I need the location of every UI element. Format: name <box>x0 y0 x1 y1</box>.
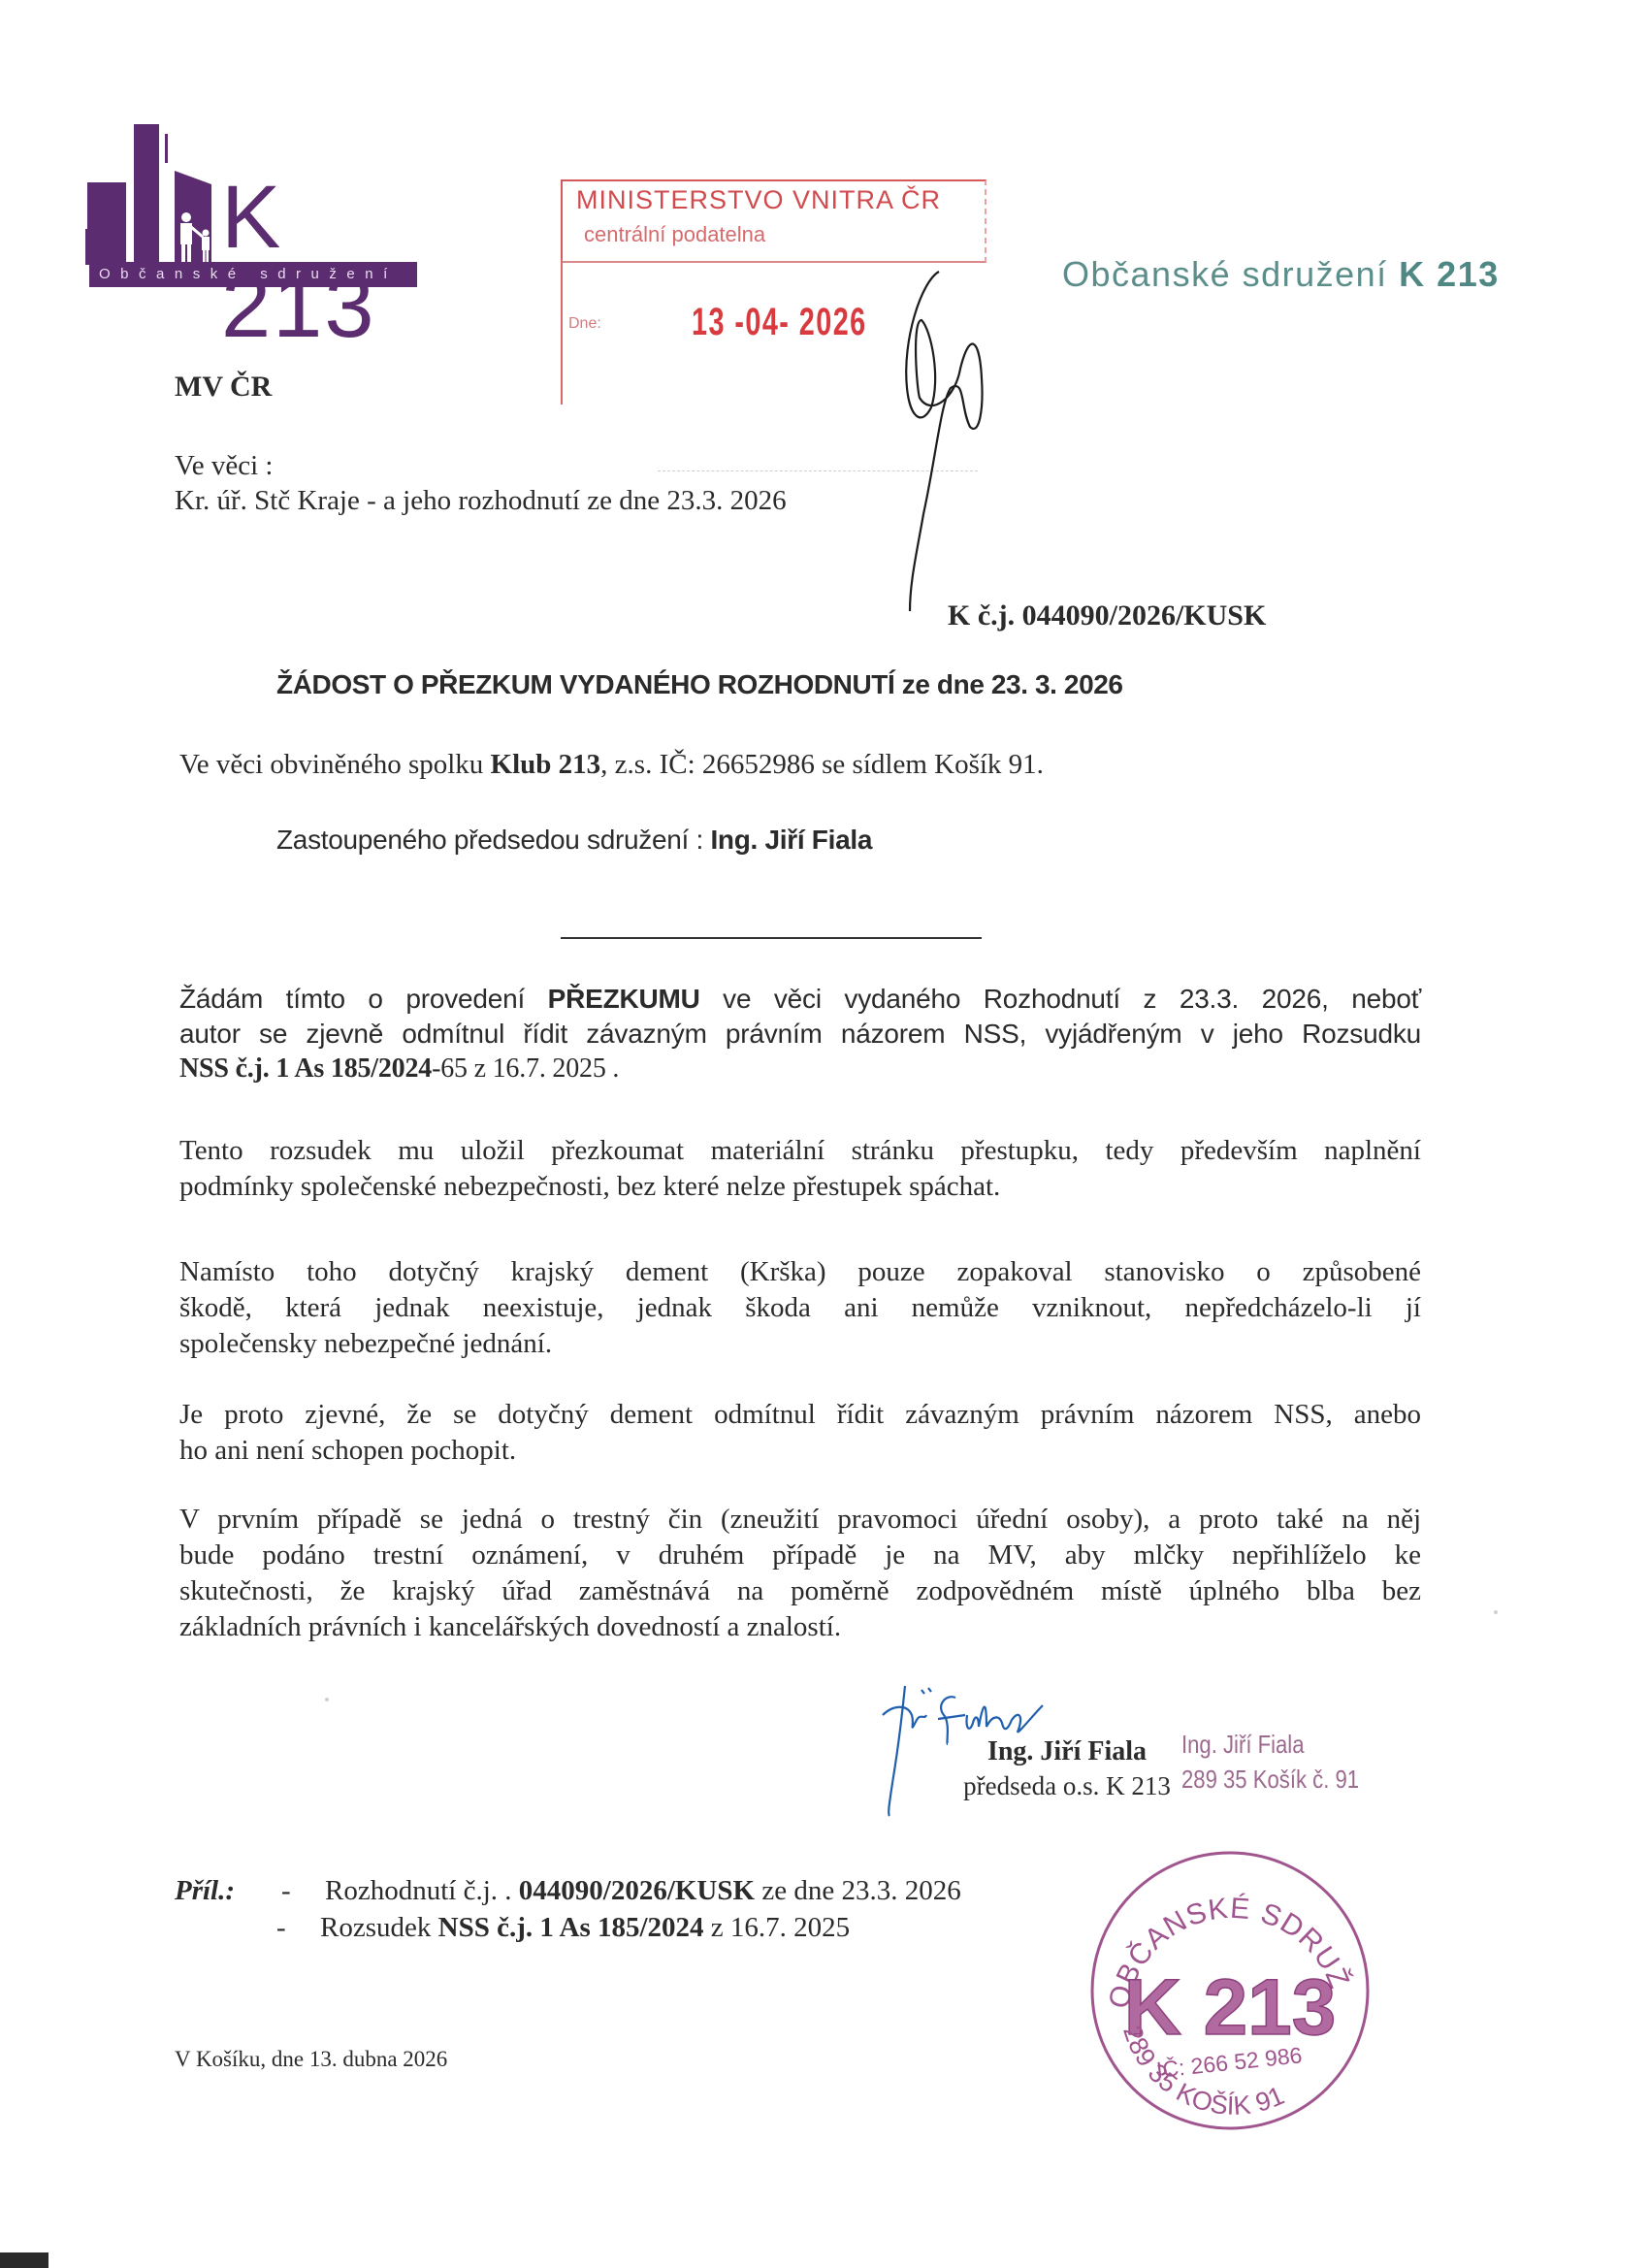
name-stamp-line2: 289 35 Košík č. 91 <box>1181 1762 1372 1797</box>
name-stamp-line1: Ing. Jiří Fiala <box>1181 1727 1372 1762</box>
paragraph-line: společensky nebezpečné jednání. <box>179 1326 1421 1362</box>
stamp-header-box: MINISTERSTVO VNITRA ČR centrální podatel… <box>561 179 986 263</box>
attachment-date: ze dne 23.3. 2026 <box>755 1875 961 1906</box>
paragraph-line: škodě, která jednak neexistuje, jednak š… <box>179 1290 1421 1326</box>
signatory-name: Ing. Jiří Fiala <box>926 1736 1208 1767</box>
court-reference: NSS č.j. 1 As 185/2024 <box>179 1053 432 1084</box>
paragraph-instead: Namísto toho dotyčný krajský dement (Krš… <box>179 1254 1421 1362</box>
subject-label: Ve věci : <box>175 448 273 484</box>
attachment-item: -Rozsudek NSS č.j. 1 As 185/2024 z 16.7.… <box>175 1909 961 1946</box>
place-and-date: V Košíku, dne 13. dubna 2026 <box>175 2047 447 2072</box>
association-name: Klub 213 <box>491 749 601 780</box>
name-address-stamp: Ing. Jiří Fiala 289 35 Košík č. 91 <box>1181 1727 1405 1797</box>
intro-text: Ve věci obviněného spolku <box>179 749 491 780</box>
logo-band-text: Občanské sdružení <box>89 262 417 287</box>
bullet-dash: - <box>281 1872 325 1909</box>
subject-line: Kr. úř. Stč Kraje - a jeho rozhodnutí ze… <box>175 483 787 519</box>
organization-logo: K 213 Občanské sdružení <box>85 124 420 289</box>
paragraph-line: Je proto zjevné, že se dotyčný dement od… <box>179 1397 1421 1433</box>
paragraph-consequences: V prvním případě se jedná o trestný čin … <box>179 1502 1421 1645</box>
paragraph-request: Žádám tímto o provedení PŘEZKUMU ve věci… <box>179 982 1421 1086</box>
paragraph-line: NSS č.j. 1 As 185/2024-65 z 16.7. 2025 . <box>179 1052 1421 1086</box>
attachments-list: Příl.:-Rozhodnutí č.j. . 044090/2026/KUS… <box>175 1872 961 1946</box>
bullet-dash: - <box>276 1909 320 1946</box>
attachment-reference: NSS č.j. 1 As 185/2024 <box>438 1912 704 1943</box>
scan-speck <box>1494 1610 1498 1614</box>
stamp-date-label: Dne: <box>568 315 601 333</box>
paragraph-conclusion: Je proto zjevné, že se dotyčný dement od… <box>179 1397 1421 1469</box>
svg-text:K 213: K 213 <box>1124 1963 1337 2052</box>
paragraph-line: podmínky společenské nebezpečnosti, bez … <box>179 1169 1421 1205</box>
section-divider <box>561 937 982 939</box>
intro-line: Ve věci obviněného spolku Klub 213, z.s.… <box>179 747 1044 783</box>
stamp-received-date: 13 -04- 2026 <box>692 301 867 344</box>
signatory-role: předseda o.s. K 213 <box>926 1771 1208 1801</box>
attachment-reference: 044090/2026/KUSK <box>519 1875 755 1906</box>
representative-name: Ing. Jiří Fiala <box>710 825 872 855</box>
paragraph-line: Tento rozsudek mu uložil přezkoumat mate… <box>179 1133 1421 1169</box>
text: Žádám tímto o provedení <box>179 984 548 1014</box>
scan-speck <box>325 1698 329 1701</box>
paragraph-line: Namísto toho dotyčný krajský dement (Krš… <box>179 1254 1421 1290</box>
attachments-label: Příl.: <box>175 1872 281 1909</box>
paragraph-line: základních právních i kancelářských dove… <box>179 1609 1421 1645</box>
organization-header: Občanské sdružení K 213 <box>1062 254 1500 295</box>
attachment-text: Rozsudek <box>320 1912 438 1943</box>
attachment-date: z 16.7. 2025 <box>704 1912 851 1943</box>
round-association-stamp-icon: OBČANSKÉ SDRUŽENÍ K 213 IČ: 266 52 986 2… <box>1084 1845 1375 2136</box>
paragraph-line: Žádám tímto o provedení PŘEZKUMU ve věci… <box>179 982 1421 1017</box>
representation-line: Zastoupeného předsedou sdružení : Ing. J… <box>276 825 872 856</box>
receipt-initials-signature-icon <box>863 262 1009 611</box>
signature-block: Ing. Jiří Fiala předseda o.s. K 213 <box>926 1736 1208 1801</box>
paragraph-line: autor se zjevně odmítnul řídit závazným … <box>179 1017 1421 1052</box>
intro-text-after: , z.s. IČ: 26652986 se sídlem Košík 91. <box>600 749 1044 780</box>
paragraph-judgment: Tento rozsudek mu uložil přezkoumat mate… <box>179 1133 1421 1205</box>
text: -65 z 16.7. 2025 . <box>432 1053 619 1084</box>
text: ve věci vydaného Rozhodnutí z 23.3. 2026… <box>700 984 1421 1014</box>
paragraph-line: ho ani není schopen pochopit. <box>179 1433 1421 1469</box>
representation-text: Zastoupeného předsedou sdružení : <box>276 825 710 855</box>
reference-number: K č.j. 044090/2026/KUSK <box>948 599 1266 632</box>
addressee: MV ČR <box>175 371 272 404</box>
attachment-item: Příl.:-Rozhodnutí č.j. . 044090/2026/KUS… <box>175 1872 961 1909</box>
paragraph-line: V prvním případě se jedná o trestný čin … <box>179 1502 1421 1538</box>
paragraph-line: skutečnosti, že krajský úřad zaměstnává … <box>179 1573 1421 1609</box>
scan-edge-artifact <box>0 2252 48 2268</box>
paragraph-line: bude podáno trestní oznámení, v druhém p… <box>179 1538 1421 1573</box>
city-skyline-with-parent-and-child-icon <box>85 124 231 265</box>
emphasis: PŘEZKUMU <box>548 984 700 1014</box>
stamp-border-line <box>561 259 563 405</box>
org-header-prefix: Občanské sdružení <box>1062 254 1399 294</box>
attachment-text: Rozhodnutí č.j. . <box>325 1875 519 1906</box>
stamp-subtitle: centrální podatelna <box>584 222 765 247</box>
stamp-title: MINISTERSTVO VNITRA ČR <box>576 185 941 215</box>
org-header-name: K 213 <box>1399 254 1500 294</box>
document-title: ŽÁDOST O PŘEZKUM VYDANÉHO ROZHODNUTÍ ze … <box>276 669 1123 700</box>
